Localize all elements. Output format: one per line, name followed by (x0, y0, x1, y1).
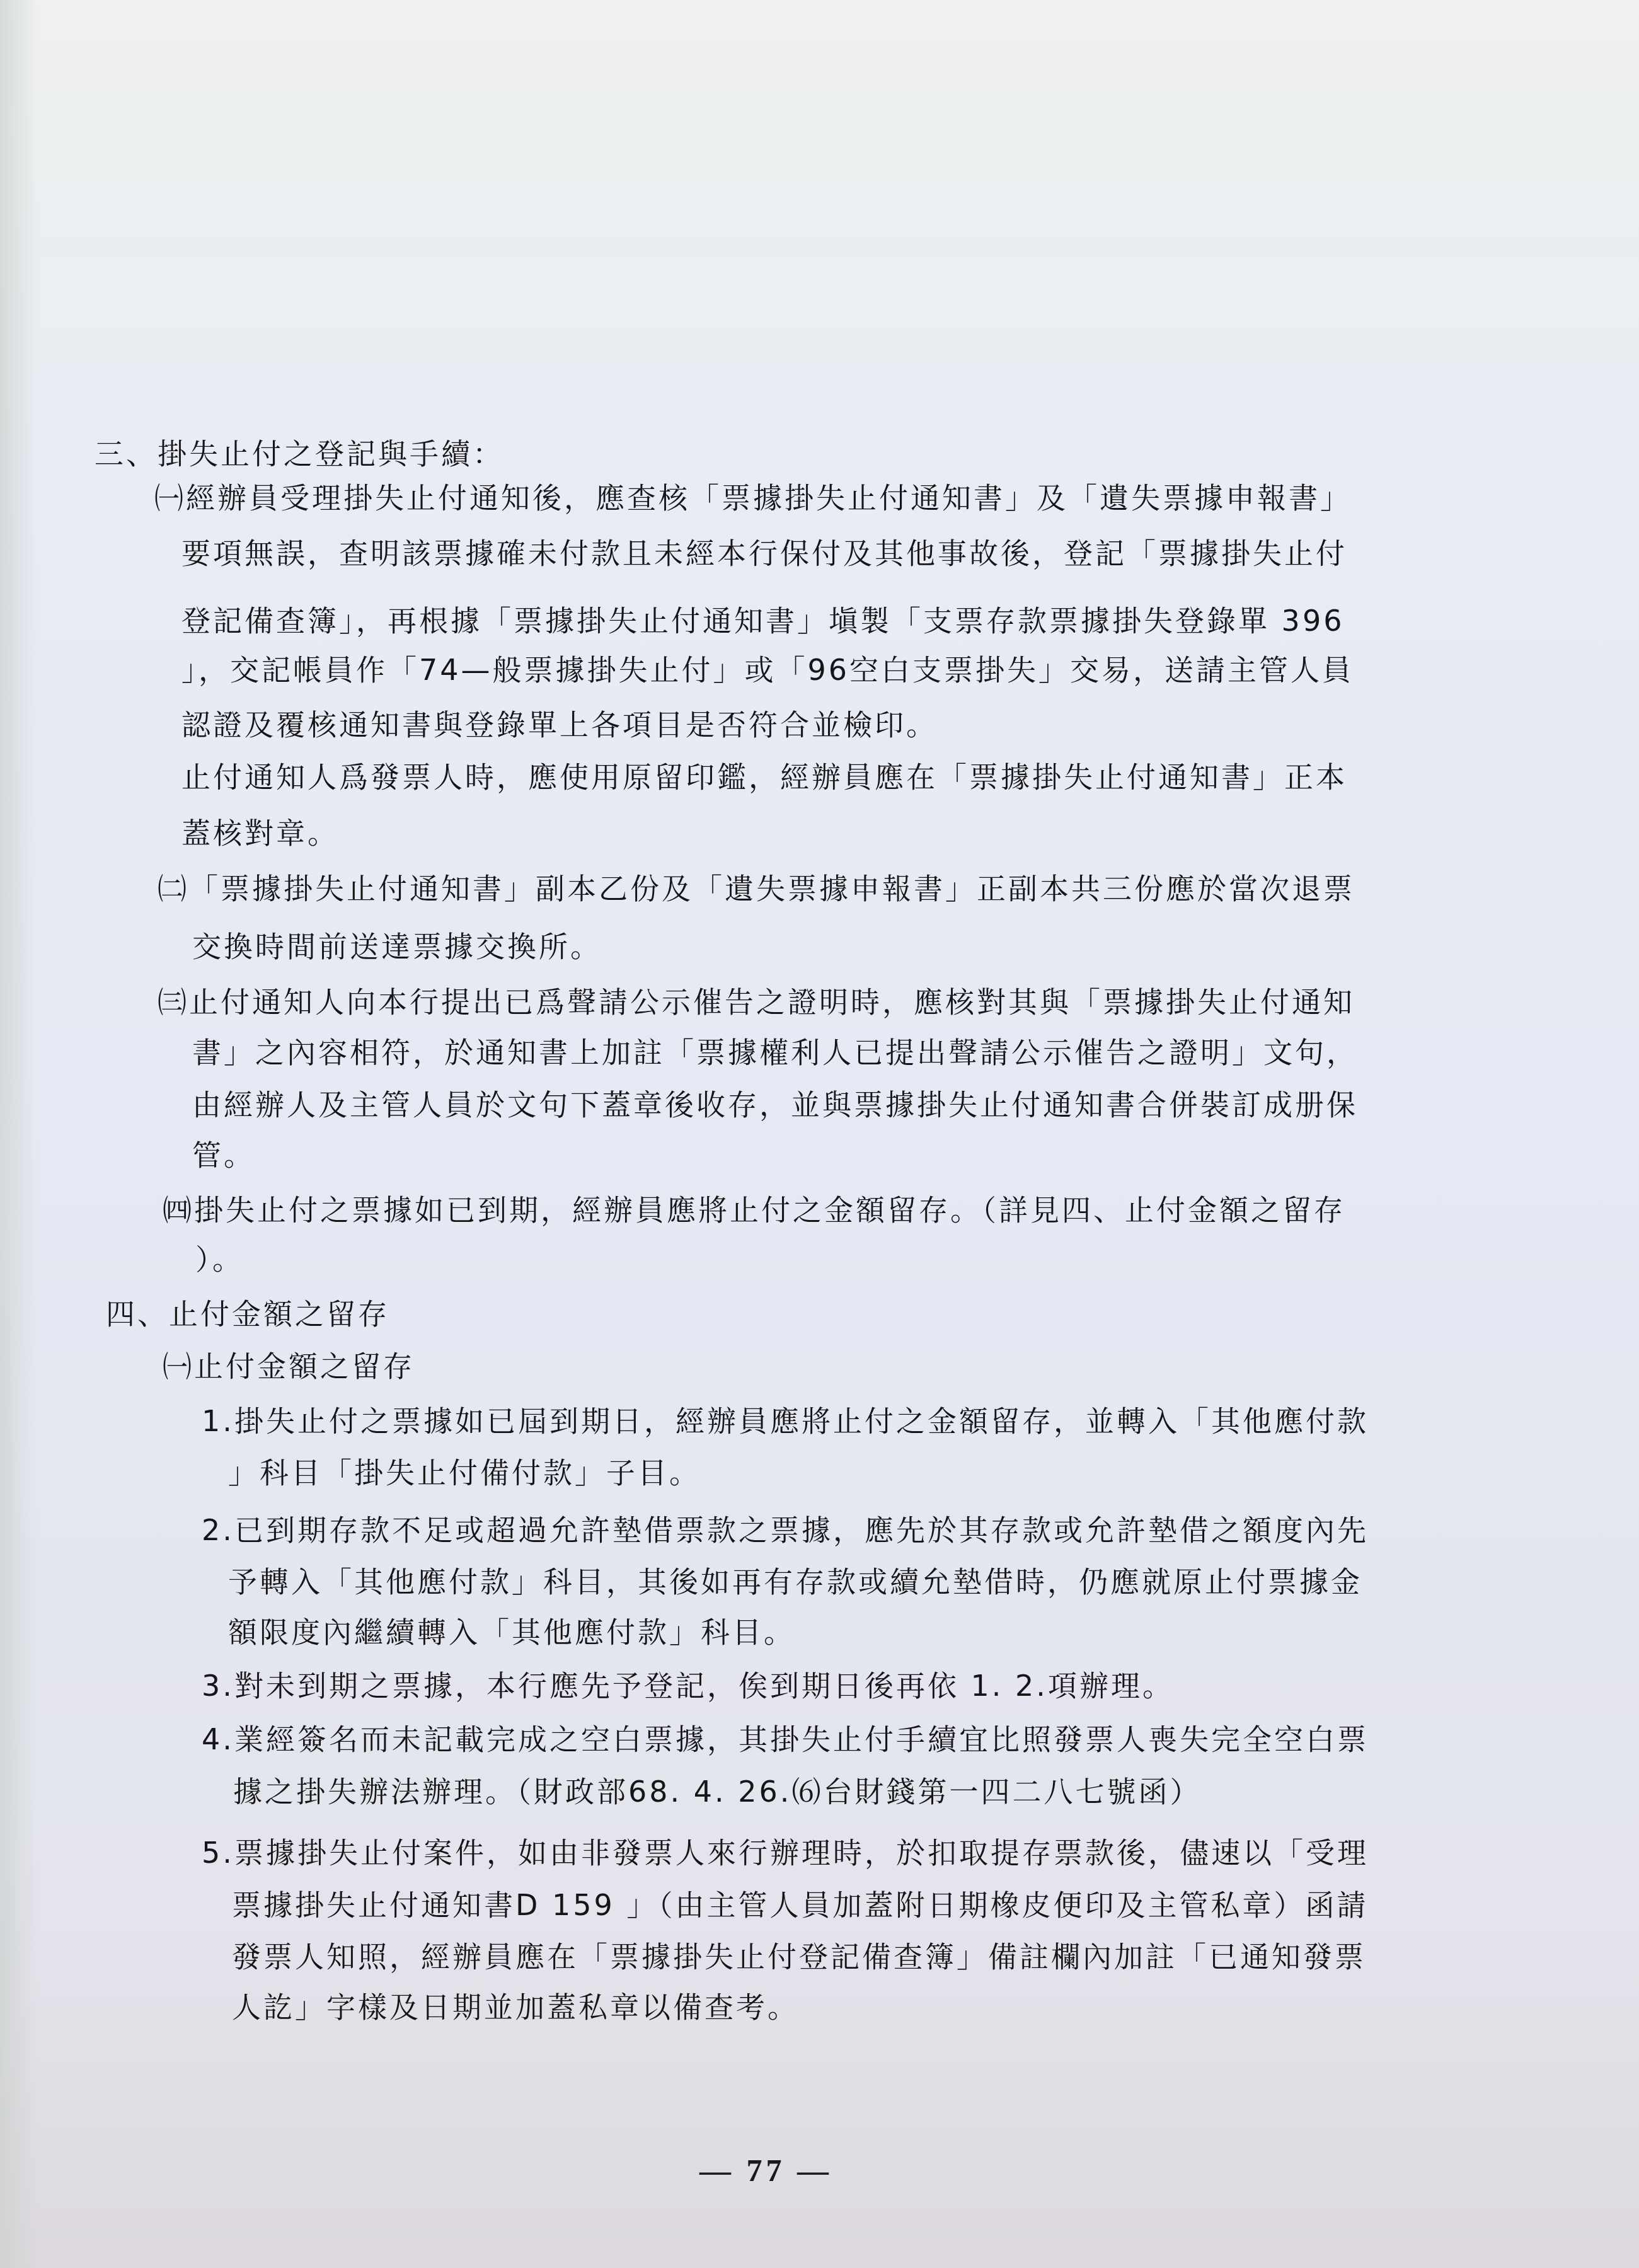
item-3-3-line-3: 由經辦人及主管人員於文句下蓋章後收存，並與票據掛失止付通知書合併裝訂成册保 (192, 1086, 1358, 1124)
item-4-2-line-2: 予轉入「其他應付款」科目，其後如再有存款或續允墊借時，仍應就原止付票據金 (228, 1563, 1362, 1601)
item-3-1-line-6: 止付通知人爲發票人時，應使用原留印鑑，經辦員應在「票據掛失止付通知書」正本 (181, 758, 1347, 796)
item-3-1-line-5: 認證及覆核通知書與登錄單上各項目是否符合並檢印。 (181, 706, 938, 744)
item-3-1-line-7: 蓋核對章。 (181, 814, 339, 852)
subheading-4-1: ㈠止付金額之留存 (163, 1347, 415, 1385)
section-heading-3: 三、掛失止付之登記與手續： (95, 435, 504, 473)
item-3-2-line-1: ㈡「票據掛失止付通知書」副本乙份及「遺失票據申報書」正副本共三份應於當次退票 (158, 870, 1355, 907)
item-4-2-line-3: 額限度內繼續轉入「其他應付款」科目。 (228, 1613, 795, 1651)
item-3-3-line-1: ㈢止付通知人向本行提出已爲聲請公示催告之證明時，應核對其與「票據掛失止付通知 (158, 983, 1355, 1021)
item-4-3-line-1: 3.對未到期之票據，本行應先予登記，俟到期日後再依 1. 2.項辦理。 (202, 1667, 1174, 1705)
item-4-2-line-1: 2.已到期存款不足或超過允許墊借票款之票據，應先於其存款或允許墊借之額度內先 (202, 1511, 1369, 1549)
item-4-1-line-2: 」科目「掛失止付備付款」子目。 (228, 1454, 701, 1492)
item-3-1-line-4: 」，交記帳員作「74—般票據掛失止付」或「96空白支票掛失」交易，送請主管人員 (181, 651, 1354, 689)
item-4-5-line-4: 人訖」字樣及日期並加蓋私章以備查考。 (232, 1988, 799, 2026)
item-4-1-line-1: 1.掛失止付之票據如已屆到期日，經辦員應將止付之金額留存，並轉入「其他應付款 (202, 1402, 1369, 1440)
item-4-5-line-1: 5.票據掛失止付案件，如由非發票人來行辦理時，於扣取提存票款後，儘速以「受理 (202, 1834, 1369, 1872)
item-3-1-line-2: 要項無誤，查明該票據確未付款且未經本行保付及其他事故後，登記「票據掛失止付 (181, 534, 1347, 572)
item-3-3-line-2: 書」之內容相符，於通知書上加註「票據權利人已提出聲請公示催告之證明」文句， (192, 1033, 1358, 1071)
item-3-4-line-2: ）。 (195, 1240, 244, 1278)
item-3-1-line-1: ㈠經辦員受理掛失止付通知後，應查核「票據掛失止付通知書」及「遺失票據申報書」 (154, 479, 1415, 517)
item-3-4-line-1: ㈣掛失止付之票據如已到期，經辦員應將止付之金額留存。（詳見四、止付金額之留存 (163, 1191, 1345, 1229)
item-4-5-line-3: 發票人知照，經辦員應在「票據掛失止付登記備查簿」備註欄內加註「已通知發票 (232, 1938, 1366, 1976)
item-4-4-line-2: 據之掛失辦法辦理。（財政部68. 4. 26.⑹台財錢第一四二八七號函） (233, 1773, 1201, 1810)
page-edge-shadow (0, 0, 38, 2268)
item-3-2-line-2: 交換時間前送達票據交換所。 (192, 928, 602, 965)
page-number: — 77 — (699, 2152, 832, 2189)
item-4-5-line-2: 票據掛失止付通知書D 159 」（由主管人員加蓋附日期橡皮便印及主管私章）函請 (232, 1886, 1368, 1924)
item-3-1-line-3: 登記備查簿」，再根據「票據掛失止付通知書」塡製「支票存款票據掛失登錄單 396 (181, 602, 1344, 640)
item-4-4-line-1: 4.業經簽名而未記載完成之空白票據，其掛失止付手續宜比照發票人喪失完全空白票 (202, 1720, 1369, 1758)
section-heading-4: 四、止付金額之留存 (106, 1295, 389, 1333)
item-3-3-line-4: 管。 (192, 1136, 255, 1174)
